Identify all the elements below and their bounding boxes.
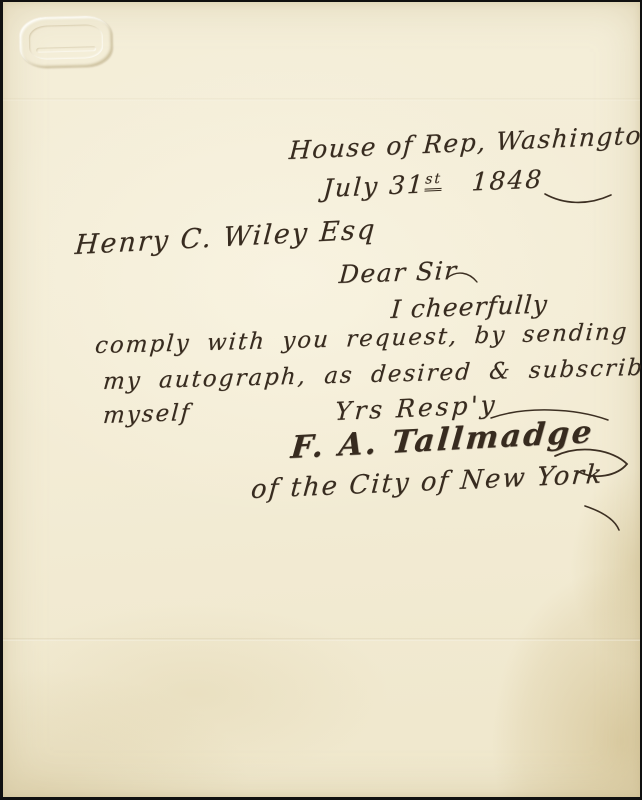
embossed-seal (19, 16, 112, 68)
signature-place-line: of the City of New York (250, 460, 605, 506)
date-year: 1848 (471, 164, 544, 196)
date-flourish (543, 188, 615, 214)
place-flourish (583, 502, 623, 532)
date-ordinal: st (424, 171, 442, 192)
salutation-line: Dear Sir (338, 256, 459, 289)
recipient-line: Henry C. Wiley Esq (74, 214, 377, 261)
scanned-letter: House of Rep, Washington July 31st1848 H… (0, 0, 642, 800)
date-day: July 31 (322, 169, 426, 203)
date-line: July 31st1848 (322, 164, 544, 203)
body-opening-line: I cheerfully (390, 289, 549, 324)
paper-crease (3, 98, 640, 101)
paper-crease (3, 638, 640, 641)
letter-paper: House of Rep, Washington July 31st1848 H… (3, 2, 640, 797)
embossed-seal-inner-ring (29, 24, 104, 60)
body-line-4: myself (102, 400, 192, 429)
body-line-2: comply with you request, by sending (94, 319, 629, 359)
heading-location-line: House of Rep, Washington (288, 120, 642, 165)
body-line-3: my autograph, as desired & subscribe (102, 354, 642, 395)
